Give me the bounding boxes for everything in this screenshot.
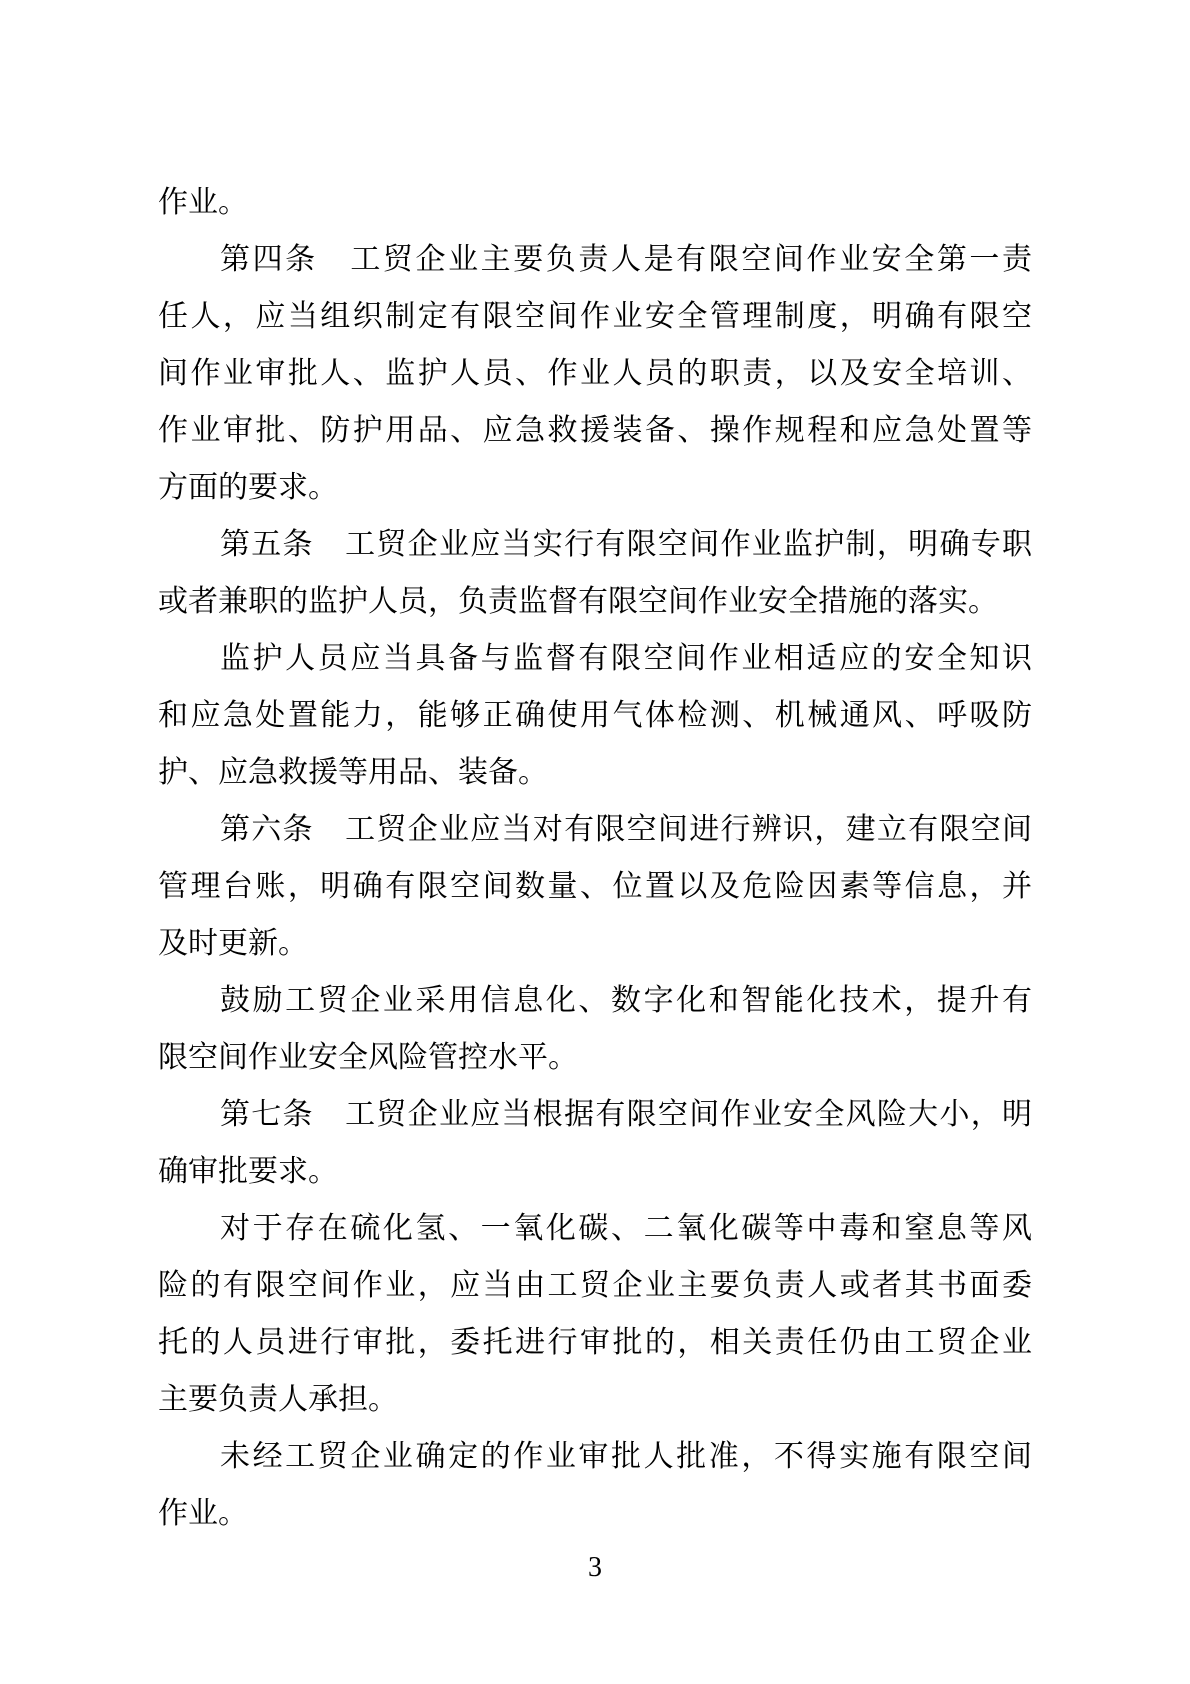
text-line: 监护人员应当具备与监督有限空间作业相适应的安全知识 bbox=[158, 630, 1032, 687]
text-line: 间作业审批人、监护人员、作业人员的职责，以及安全培训、 bbox=[158, 345, 1032, 402]
text-line: 护、应急救援等用品、装备。 bbox=[158, 744, 1032, 801]
text-line: 第五条 工贸企业应当实行有限空间作业监护制，明确专职 bbox=[158, 516, 1032, 573]
text-line: 对于存在硫化氢、一氧化碳、二氧化碳等中毒和窒息等风 bbox=[158, 1200, 1032, 1257]
text-line: 险的有限空间作业，应当由工贸企业主要负责人或者其书面委 bbox=[158, 1257, 1032, 1314]
text-line: 限空间作业安全风险管控水平。 bbox=[158, 1029, 1032, 1086]
text-line: 或者兼职的监护人员，负责监督有限空间作业安全措施的落实。 bbox=[158, 573, 1032, 630]
paragraph: 对于存在硫化氢、一氧化碳、二氧化碳等中毒和窒息等风险的有限空间作业，应当由工贸企… bbox=[158, 1200, 1032, 1428]
text-line: 主要负责人承担。 bbox=[158, 1371, 1032, 1428]
text-line: 未经工贸企业确定的作业审批人批准，不得实施有限空间 bbox=[158, 1428, 1032, 1485]
text-line: 作业。 bbox=[158, 174, 1032, 231]
paragraph: 未经工贸企业确定的作业审批人批准，不得实施有限空间作业。 bbox=[158, 1428, 1032, 1542]
text-line: 方面的要求。 bbox=[158, 459, 1032, 516]
paragraph: 作业。 bbox=[158, 174, 1032, 231]
text-line: 管理台账，明确有限空间数量、位置以及危险因素等信息，并 bbox=[158, 858, 1032, 915]
paragraph: 鼓励工贸企业采用信息化、数字化和智能化技术，提升有限空间作业安全风险管控水平。 bbox=[158, 972, 1032, 1086]
paragraph: 监护人员应当具备与监督有限空间作业相适应的安全知识和应急处置能力，能够正确使用气… bbox=[158, 630, 1032, 801]
text-line: 作业审批、防护用品、应急救援装备、操作规程和应急处置等 bbox=[158, 402, 1032, 459]
text-line: 第七条 工贸企业应当根据有限空间作业安全风险大小，明 bbox=[158, 1086, 1032, 1143]
text-line: 鼓励工贸企业采用信息化、数字化和智能化技术，提升有 bbox=[158, 972, 1032, 1029]
document-page: 作业。第四条 工贸企业主要负责人是有限空间作业安全第一责任人，应当组织制定有限空… bbox=[0, 0, 1190, 1684]
paragraph: 第七条 工贸企业应当根据有限空间作业安全风险大小，明确审批要求。 bbox=[158, 1086, 1032, 1200]
paragraph: 第四条 工贸企业主要负责人是有限空间作业安全第一责任人，应当组织制定有限空间作业… bbox=[158, 231, 1032, 516]
document-body: 作业。第四条 工贸企业主要负责人是有限空间作业安全第一责任人，应当组织制定有限空… bbox=[158, 174, 1032, 1542]
text-line: 第六条 工贸企业应当对有限空间进行辨识，建立有限空间 bbox=[158, 801, 1032, 858]
text-line: 第四条 工贸企业主要负责人是有限空间作业安全第一责 bbox=[158, 231, 1032, 288]
text-line: 作业。 bbox=[158, 1485, 1032, 1542]
text-line: 及时更新。 bbox=[158, 915, 1032, 972]
text-line: 托的人员进行审批，委托进行审批的，相关责任仍由工贸企业 bbox=[158, 1314, 1032, 1371]
page-number: 3 bbox=[588, 1552, 602, 1583]
page-footer: 3 bbox=[0, 1552, 1190, 1584]
paragraph: 第五条 工贸企业应当实行有限空间作业监护制，明确专职或者兼职的监护人员，负责监督… bbox=[158, 516, 1032, 630]
text-line: 确审批要求。 bbox=[158, 1143, 1032, 1200]
paragraph: 第六条 工贸企业应当对有限空间进行辨识，建立有限空间管理台账，明确有限空间数量、… bbox=[158, 801, 1032, 972]
text-line: 和应急处置能力，能够正确使用气体检测、机械通风、呼吸防 bbox=[158, 687, 1032, 744]
text-line: 任人，应当组织制定有限空间作业安全管理制度，明确有限空 bbox=[158, 288, 1032, 345]
